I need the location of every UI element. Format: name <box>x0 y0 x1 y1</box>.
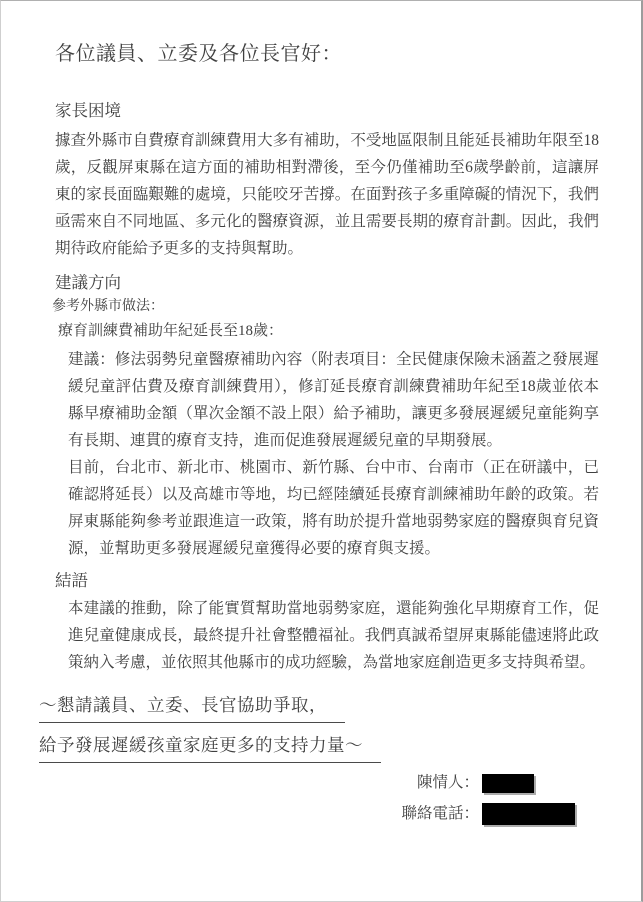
proposal-intro-line: 參考外縣市做法： <box>52 295 599 319</box>
redacted-petitioner-name <box>482 774 534 793</box>
section-parent-plight: 家長困境 據查外縣市自費療育訓練費用大多有補助，不受地區限制且能延長補助年限至1… <box>55 99 599 262</box>
phone-label: 聯絡電話： <box>55 803 479 825</box>
paragraph-proposal-precedents: 目前，台北市、新北市、桃園市、新竹縣、台中市、台南市（正在研議中，已確認將延長）… <box>68 454 599 562</box>
phone-row: 聯絡電話： <box>55 803 599 825</box>
greeting-line: 各位議員、立委及各位長官好： <box>55 39 599 69</box>
petition-letter-page: 各位議員、立委及各位長官好： 家長困境 據查外縣市自費療育訓練費用大多有補助，不… <box>0 0 643 902</box>
section-heading-parent-plight: 家長困境 <box>55 99 599 123</box>
section-heading-conclusion: 結語 <box>55 569 599 593</box>
paragraph-proposal-suggestion: 建議：修法弱勢兒童醫療補助內容（附表項目：全民健康保險未涵蓋之發展遲緩兒童評估費… <box>68 346 599 454</box>
appeal-line-2: 給予發展遲緩孩童家庭更多的支持力量～ <box>39 732 599 763</box>
signature-block: 陳情人： 聯絡電話： <box>55 772 599 825</box>
appeal-line-1: ～懇請議員、立委、長官協助爭取， <box>39 692 599 723</box>
petitioner-label: 陳情人： <box>55 772 479 794</box>
section-heading-proposal: 建議方向 <box>55 271 599 295</box>
paragraph-conclusion: 本建議的推動，除了能實質幫助當地弱勢家庭，還能夠強化早期療育工作，促進兒童健康成… <box>68 595 599 676</box>
section-conclusion: 結語 本建議的推動，除了能實質幫助當地弱勢家庭，還能夠強化早期療育工作，促進兒童… <box>55 569 599 676</box>
appeal-block: ～懇請議員、立委、長官協助爭取， 給予發展遲緩孩童家庭更多的支持力量～ <box>39 692 599 763</box>
proposal-subheading: 療育訓練費補助年紀延長至18歲： <box>55 319 599 344</box>
section-proposal: 建議方向 參考外縣市做法： 療育訓練費補助年紀延長至18歲： 建議：修法弱勢兒童… <box>55 271 599 562</box>
redacted-phone-number <box>482 803 575 825</box>
paragraph-parent-plight: 據查外縣市自費療育訓練費用大多有補助，不受地區限制且能延長補助年限至18歲，反觀… <box>55 127 599 262</box>
appeal-line-2-text: 給予發展遲緩孩童家庭更多的支持力量～ <box>39 732 381 763</box>
appeal-line-1-text: ～懇請議員、立委、長官協助爭取， <box>39 692 345 723</box>
petitioner-row: 陳情人： <box>55 772 599 794</box>
